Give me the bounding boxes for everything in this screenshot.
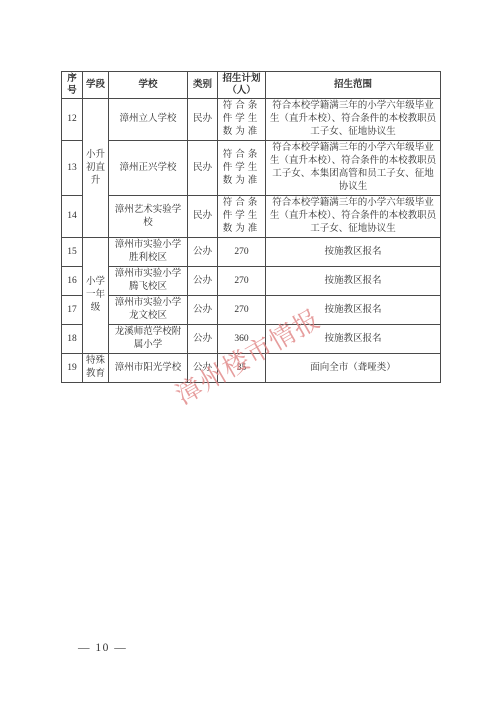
header-stage: 学段 xyxy=(83,72,109,99)
cell-stage: 小学一年级 xyxy=(83,238,109,354)
cell-school: 漳州立人学校 xyxy=(109,99,188,141)
cell-school: 漳州艺术实验学校 xyxy=(109,196,188,238)
cell-scope: 符合本校学籍满三年的小学六年级毕业生（直升本校）、符合条件的本校教职员工子女、本… xyxy=(266,141,441,196)
cell-type: 公办 xyxy=(188,296,218,325)
cell-stage: 特殊教育 xyxy=(83,354,109,383)
header-school: 学校 xyxy=(109,72,188,99)
cell-scope: 按施教区报名 xyxy=(266,325,441,354)
cell-stage: 小升初直升 xyxy=(83,99,109,238)
cell-no: 15 xyxy=(62,238,83,267)
cell-type: 公办 xyxy=(188,325,218,354)
cell-school: 龙溪师范学校附属小学 xyxy=(109,325,188,354)
document-page: 序号 学段 学校 类别 招生计划（人） 招生范围 12 小升初直升 漳州立人学校… xyxy=(0,0,500,707)
header-scope: 招生范围 xyxy=(266,72,441,99)
page-number: — 10 — xyxy=(78,642,127,654)
cell-no: 16 xyxy=(62,267,83,296)
cell-type: 公办 xyxy=(188,354,218,383)
cell-plan: 270 xyxy=(218,267,266,296)
cell-scope: 按施教区报名 xyxy=(266,296,441,325)
cell-type: 公办 xyxy=(188,267,218,296)
table-row: 12 小升初直升 漳州立人学校 民办 符合条件学生数为准 符合本校学籍满三年的小… xyxy=(62,99,441,141)
table-row: 15 小学一年级 漳州市实验小学胜利校区 公办 270 按施教区报名 xyxy=(62,238,441,267)
cell-school: 漳州市实验小学腾飞校区 xyxy=(109,267,188,296)
table-row: 19 特殊教育 漳州市阳光学校 公办 35 面向全市（聋哑类） xyxy=(62,354,441,383)
table-row: 13 漳州正兴学校 民办 符合条件学生数为准 符合本校学籍满三年的小学六年级毕业… xyxy=(62,141,441,196)
cell-no: 17 xyxy=(62,296,83,325)
cell-scope: 按施教区报名 xyxy=(266,267,441,296)
cell-type: 民办 xyxy=(188,196,218,238)
cell-no: 19 xyxy=(62,354,83,383)
cell-plan: 符合条件学生数为准 xyxy=(218,141,266,196)
cell-school: 漳州市实验小学龙文校区 xyxy=(109,296,188,325)
cell-no: 14 xyxy=(62,196,83,238)
cell-no: 18 xyxy=(62,325,83,354)
cell-scope: 符合本校学籍满三年的小学六年级毕业生（直升本校）、符合条件的本校教职员工子女、征… xyxy=(266,196,441,238)
cell-school: 漳州市阳光学校 xyxy=(109,354,188,383)
cell-plan: 360 xyxy=(218,325,266,354)
cell-plan: 270 xyxy=(218,238,266,267)
table-row: 14 漳州艺术实验学校 民办 符合条件学生数为准 符合本校学籍满三年的小学六年级… xyxy=(62,196,441,238)
cell-plan: 270 xyxy=(218,296,266,325)
cell-scope: 面向全市（聋哑类） xyxy=(266,354,441,383)
cell-plan: 符合条件学生数为准 xyxy=(218,99,266,141)
cell-school: 漳州正兴学校 xyxy=(109,141,188,196)
cell-scope: 按施教区报名 xyxy=(266,238,441,267)
cell-type: 民办 xyxy=(188,141,218,196)
table-row: 18 龙溪师范学校附属小学 公办 360 按施教区报名 xyxy=(62,325,441,354)
header-type: 类别 xyxy=(188,72,218,99)
cell-scope: 符合本校学籍满三年的小学六年级毕业生（直升本校）、符合条件的本校教职员工子女、征… xyxy=(266,99,441,141)
cell-type: 公办 xyxy=(188,238,218,267)
table-row: 17 漳州市实验小学龙文校区 公办 270 按施教区报名 xyxy=(62,296,441,325)
cell-school: 漳州市实验小学胜利校区 xyxy=(109,238,188,267)
cell-no: 12 xyxy=(62,99,83,141)
table-header-row: 序号 学段 学校 类别 招生计划（人） 招生范围 xyxy=(62,72,441,99)
cell-plan: 35 xyxy=(218,354,266,383)
cell-no: 13 xyxy=(62,141,83,196)
header-no: 序号 xyxy=(62,72,83,99)
header-plan: 招生计划（人） xyxy=(218,72,266,99)
table-row: 16 漳州市实验小学腾飞校区 公办 270 按施教区报名 xyxy=(62,267,441,296)
cell-plan: 符合条件学生数为准 xyxy=(218,196,266,238)
enrollment-table: 序号 学段 学校 类别 招生计划（人） 招生范围 12 小升初直升 漳州立人学校… xyxy=(61,71,441,383)
cell-type: 民办 xyxy=(188,99,218,141)
